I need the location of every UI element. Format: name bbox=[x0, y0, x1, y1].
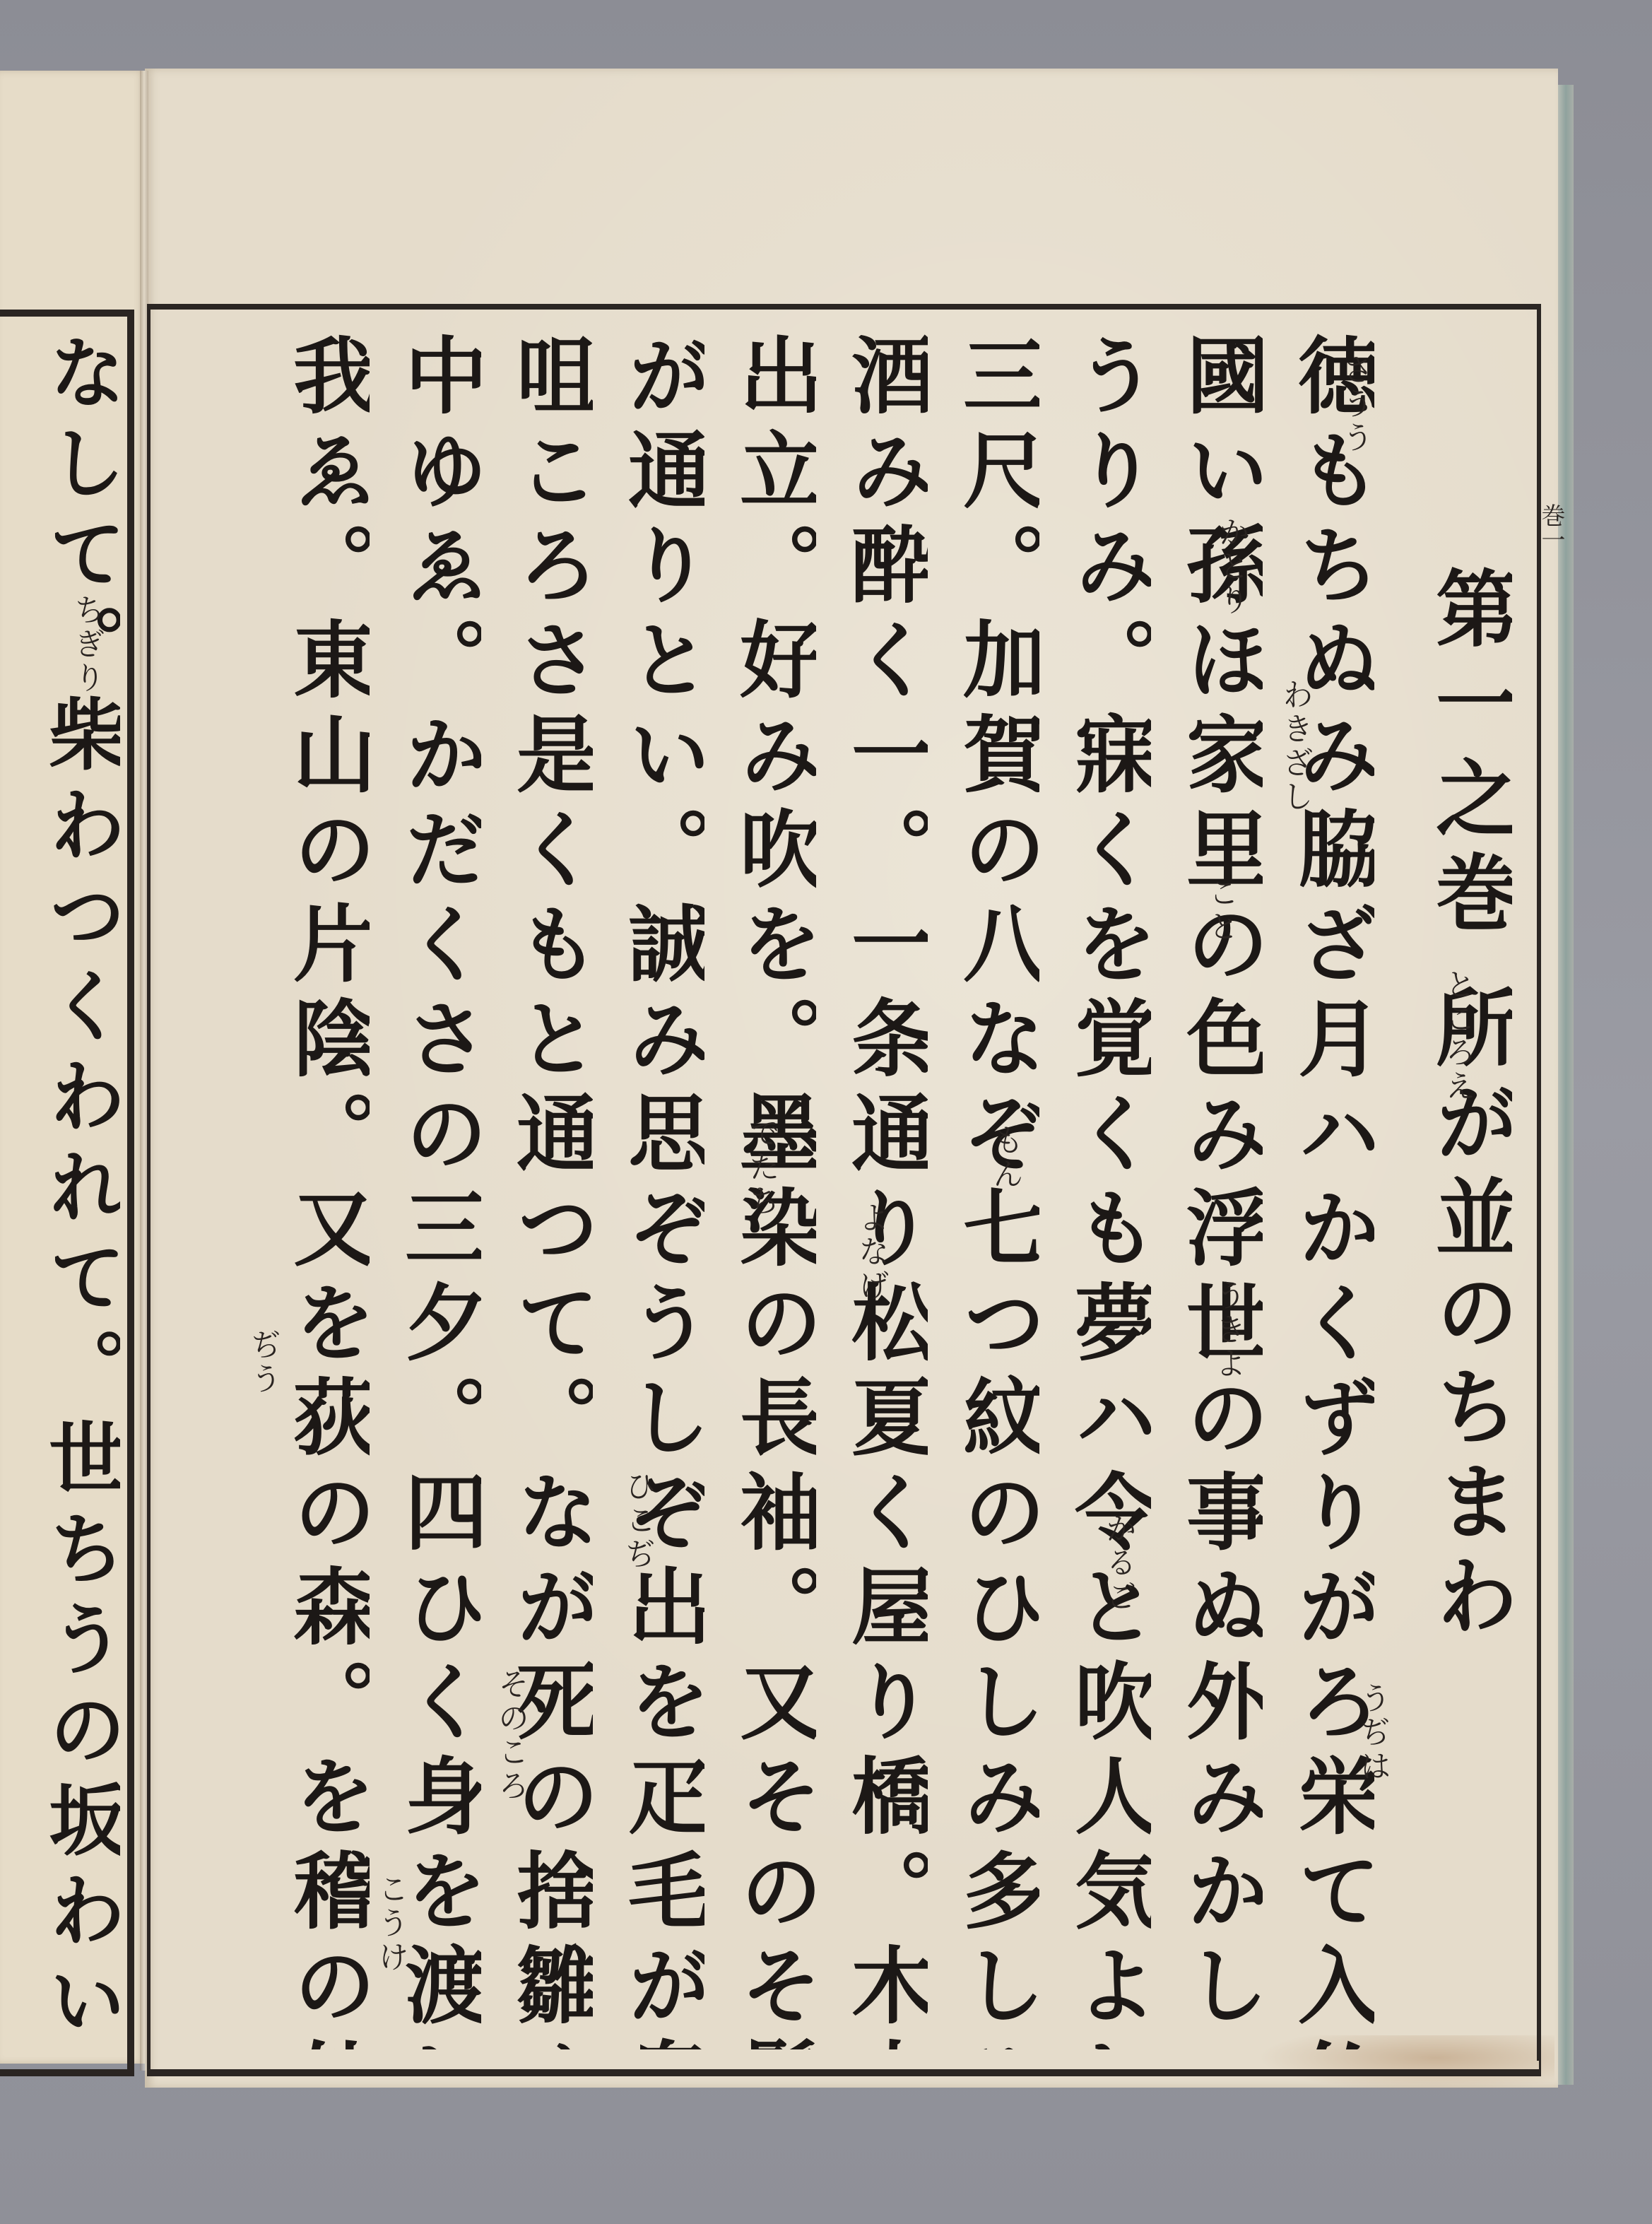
left-page-text: なして。柴わつくわれて。世ちうの坂わいじゆまく bbox=[0, 332, 120, 2042]
chapter-heading: 第一之巻 所が並のちまわ bbox=[1374, 332, 1512, 2049]
margin-volume-label: 巻一 bbox=[1546, 503, 1563, 551]
ruby-annotation: ところえ bbox=[1441, 968, 1473, 1104]
ruby-annotation: うきよ bbox=[1212, 1279, 1243, 1381]
right-page-text: 第一之巻 所が並のちまわ 徳もちぬみ脇ざ月ハかくずりがろ栄て入仏山家み但馬の 國… bbox=[170, 332, 1512, 2049]
margin-rule bbox=[1537, 308, 1539, 2061]
text-column: 中ゆゑ。かだくさの三夕。四ひく身を渡して。浅草に也 bbox=[370, 332, 481, 2049]
ruby-annotation: もん bbox=[989, 1124, 1020, 1192]
text-column: 徳もちぬみ脇ざ月ハかくずりがろ栄て入仏山家み但馬の bbox=[1263, 332, 1374, 2049]
ruby-annotation: よなげ bbox=[855, 1201, 886, 1303]
text-column: 酒み酔く一。一条通り松夏く屋り橋。木内ハ茶記 bbox=[816, 332, 928, 2049]
text-column: が通りとい。誠み思ぞうしぞ出を疋毛が奥しての人ハ bbox=[593, 332, 704, 2049]
ruby-annotation: こうけ bbox=[374, 1873, 406, 1975]
text-column: 我ゑ。東山の片陰。又を荻の森。を稽の外を bbox=[258, 332, 370, 2049]
ruby-annotation: かるご bbox=[1102, 1512, 1133, 1614]
ruby-annotation: かとり bbox=[1215, 516, 1246, 618]
ruby-annotation: うぢは bbox=[1357, 1682, 1388, 1784]
ruby-annotation: ひこぢ bbox=[622, 1470, 653, 1572]
page-edge-stack bbox=[1558, 85, 1574, 2085]
ruby-annotation: こと bbox=[1205, 876, 1236, 944]
text-column: なして。柴わつくわれて。世ちうの坂わいじゆまく bbox=[0, 332, 120, 2042]
text-column: うりみ。寐くを覚くも夢ハ令と吹人気よれ稽て只息 bbox=[1039, 332, 1151, 2049]
ruby-annotation: ちぎり bbox=[71, 594, 102, 695]
ruby-annotation: そのころ bbox=[495, 1668, 526, 1804]
ruby-annotation: でたち bbox=[745, 1117, 777, 1218]
ruby-annotation: さうう bbox=[1339, 353, 1370, 455]
ruby-annotation: わきざし bbox=[1279, 678, 1310, 814]
ruby-annotation: ぢう bbox=[247, 1329, 278, 1396]
